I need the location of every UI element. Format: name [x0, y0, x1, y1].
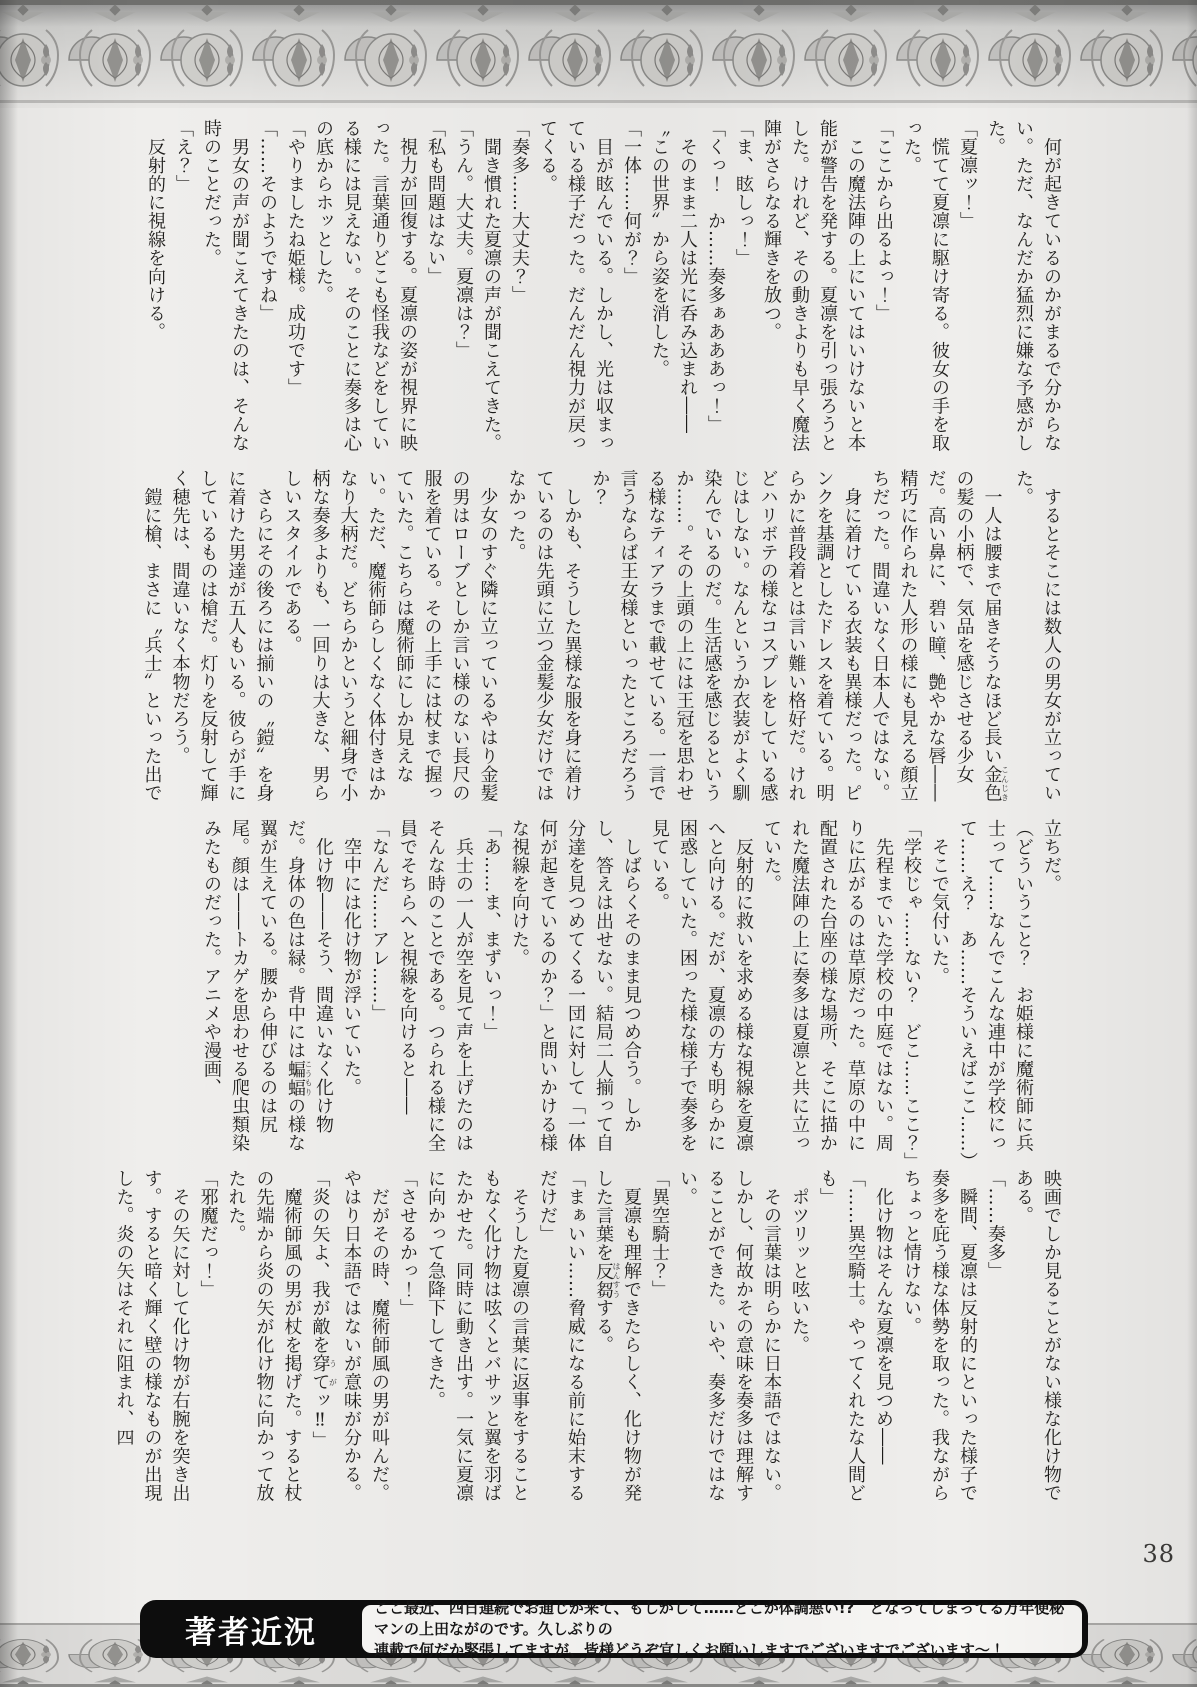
paragraph: 「やりましたね姫様。成功です」 [281, 119, 309, 465]
paragraph: 「一体……何が？」 [617, 119, 645, 465]
paragraph: 反射的に視線を向ける。 [141, 119, 169, 465]
scanned-novel-page: { "page": { "number": "38", "bands": [ {… [0, 0, 1197, 1687]
paragraph: 「邪魔だっ！」 [194, 1169, 222, 1515]
author-news-text: ここ最近、四日連続でお通じが来て、もしかして……どこか体調悪い!? となってしま… [362, 1605, 1082, 1653]
paragraph: 何が起きているのかがまるで分からない。ただ、なんだか猛烈に嫌な予感がした。 [981, 119, 1065, 465]
top-ornament-border [0, 0, 1197, 108]
paragraph: ポツリッと呟いた。 [785, 1169, 813, 1515]
paragraph: だがその時、魔術師風の男が叫んだ。やはり日本語ではないが意味が分かる。 [337, 1169, 393, 1515]
page-edge-shadow-right [1187, 0, 1197, 1687]
paragraph: その言葉は明らかに日本語ではない。しかし、何故かその意味を奏多は理解することがで… [673, 1169, 785, 1515]
paragraph: 聞き慣れた夏凛の声が聞こえてきた。 [477, 119, 505, 465]
paragraph: 「まぁいい……脅威になる前に始末するだけだ」 [533, 1169, 589, 1515]
author-news-box: 著者近況 ここ最近、四日連続でお通じが来て、もしかして……どこか体調悪い!? と… [140, 1600, 1088, 1658]
paragraph: （どういうこと？ お姫様に魔術師に兵士って……なんでこんな連中が学校にって……え… [953, 819, 1037, 1165]
paragraph: その矢に対して化け物が右腕を突き出す。すると暗く輝く壁の様なものが出現した。炎の… [110, 1169, 194, 1515]
paragraph: 視力が回復する。夏凛の姿が視界に映った。言葉通りどこも怪我などをしている様には見… [309, 119, 421, 465]
author-news-line-1: ここ最近、四日連続でお通じが来て、もしかして……どこか体調悪い!? となってしま… [374, 1600, 1070, 1640]
paragraph: 男女の声が聞こえてきたのは、そんな時のことだった。 [197, 119, 253, 465]
paragraph: 兵士の一人が空を見て声を上げたのはそんな時のことである。つられる様に全員でそちら… [393, 819, 477, 1165]
paragraph: 「……奏多」 [981, 1169, 1009, 1515]
novel-text-band-1: 何が起きているのかがまるで分からない。ただ、なんだか猛烈に嫌な予感がした。「夏凛… [141, 119, 1065, 465]
paragraph: しかも、そうした異様な服を身に着けているのは先頭に立つ金髪少女だけではなかった。 [502, 469, 586, 815]
page-number: 38 [1142, 1540, 1175, 1568]
paragraph: 化け物はそんな夏凛を見つめ―― [869, 1169, 897, 1515]
paragraph: 夏凛も理解できたらしく、化け物が発した言葉を反芻はんすうする。 [589, 1169, 645, 1515]
paragraph: しばらくそのまま見つめ合う。しかし、答えは出せない。結局二人揃って自分達を見つめ… [505, 819, 645, 1165]
paragraph: 「うん。大丈夫。夏凛は？」 [449, 119, 477, 465]
paragraph: 「え？」 [169, 119, 197, 465]
paragraph: 映画でしか見ることがない様な化け物である。 [1009, 1169, 1065, 1515]
novel-text-band-4: 映画でしか見ることがない様な化け物である。「……奏多」 瞬間、夏凛は反射的にとい… [110, 1169, 1066, 1515]
paragraph: さらにその後ろには揃いの〝鎧〟を身に着けた男達が五人もいる。彼らが手にしているも… [166, 469, 278, 815]
paragraph: 慌てて夏凛に駆け寄る。彼女の手を取った。 [897, 119, 953, 465]
page-edge-shadow-left [0, 0, 18, 1687]
paragraph: 「……そのようですね」 [253, 119, 281, 465]
author-news-label: 著者近況 [140, 1600, 362, 1658]
novel-text-band-3: 立ちだ。（どういうこと？ お姫様に魔術師に兵士って……なんでこんな連中が学校にっ… [197, 819, 1065, 1165]
paragraph: 化け物――そう、間違いなく化け物だ。身体の色は緑。背中には蝙蝠こうもりの様な翼が… [197, 819, 337, 1165]
paragraph: 「なんだ……アレ……」 [365, 819, 393, 1165]
paragraph: 鎧に槍、まさに〝兵士〟といった出で [138, 469, 166, 815]
paragraph: 「ここから出るよっ！」 [869, 119, 897, 465]
paragraph: 少女のすぐ隣に立っているやはり金髪の男はローブとしか言い様のない長尺の服を着てい… [278, 469, 502, 815]
paragraph: 瞬間、夏凛は反射的にといった様子で奏多を庇う様な体勢を取った。我ながらちょっと情… [897, 1169, 981, 1515]
paragraph: この魔法陣の上にいてはいけないと本能が警告を発する。夏凛を引っ張ろうとした。けれ… [757, 119, 869, 465]
paragraph: そこで気付いた。 [925, 819, 953, 1165]
paragraph: 目が眩んでいる。しかし、光は収まっている様子だった。だんだん視力が戻ってくる。 [533, 119, 617, 465]
paragraph: そうした夏凛の言葉に返事をすることもなく化け物は呟くとバサッと翼を羽ばたかせた。… [421, 1169, 533, 1515]
paragraph: 「学校じゃ……ない？ どこ……ここ？」 [897, 819, 925, 1165]
paragraph: 先程までいた学校の中庭ではない。周りに広がるのは草原だった。草原の中に配置された… [757, 819, 897, 1165]
paragraph: 立ちだ。 [1037, 819, 1065, 1165]
paragraph: 「させるかっ！」 [393, 1169, 421, 1515]
paragraph: 魔術師風の男が杖を掲げた。すると杖の先端から炎の矢が化け物に向かって放たれた。 [222, 1169, 306, 1515]
paragraph: 「くっ！ か……奏多ぁあああっ！」 [701, 119, 729, 465]
paragraph: 「私も問題はない」 [421, 119, 449, 465]
paragraph: 「ま、眩しっ！」 [729, 119, 757, 465]
paragraph: 「あ……ま、まずいっ！」 [477, 819, 505, 1165]
paragraph: 「……異空騎士。やってくれたな人間ども」 [813, 1169, 869, 1515]
paragraph: するとそこには数人の男女が立っていた。 [1009, 469, 1065, 815]
paragraph: 身に着けている衣装も異様だった。ピンクを基調としたドレスを着ている。明らかに普段… [586, 469, 866, 815]
paragraph: そのまま二人は光に呑み込まれ――〝この世界〟から姿を消した。 [645, 119, 701, 465]
paragraph: 「炎の矢よ、我が敵を穿てうがッ‼」 [306, 1169, 338, 1515]
author-news-line-2: 連載で何だか緊張してますが、皆様どうぞ宜しくお願いしますでございますでございます… [374, 1640, 1070, 1658]
paragraph: 空中には化け物が浮いていた。 [337, 819, 365, 1165]
paragraph: 「奏多……大丈夫？」 [505, 119, 533, 465]
paragraph: 反射的に救いを求める様な視線を夏凛へと向ける。だが、夏凛の方も明らかに困惑してい… [645, 819, 757, 1165]
paragraph: 「夏凛ッ！」 [953, 119, 981, 465]
novel-text-band-2: するとそこには数人の男女が立っていた。 一人は腰まで届きそうなほど長い金色こんじ… [138, 469, 1066, 815]
paragraph: 「異空騎士？」 [645, 1169, 673, 1515]
paragraph: 一人は腰まで届きそうなほど長い金色こんじきの髪の小柄で、気品を感じさせる少女だ。… [866, 469, 1010, 815]
